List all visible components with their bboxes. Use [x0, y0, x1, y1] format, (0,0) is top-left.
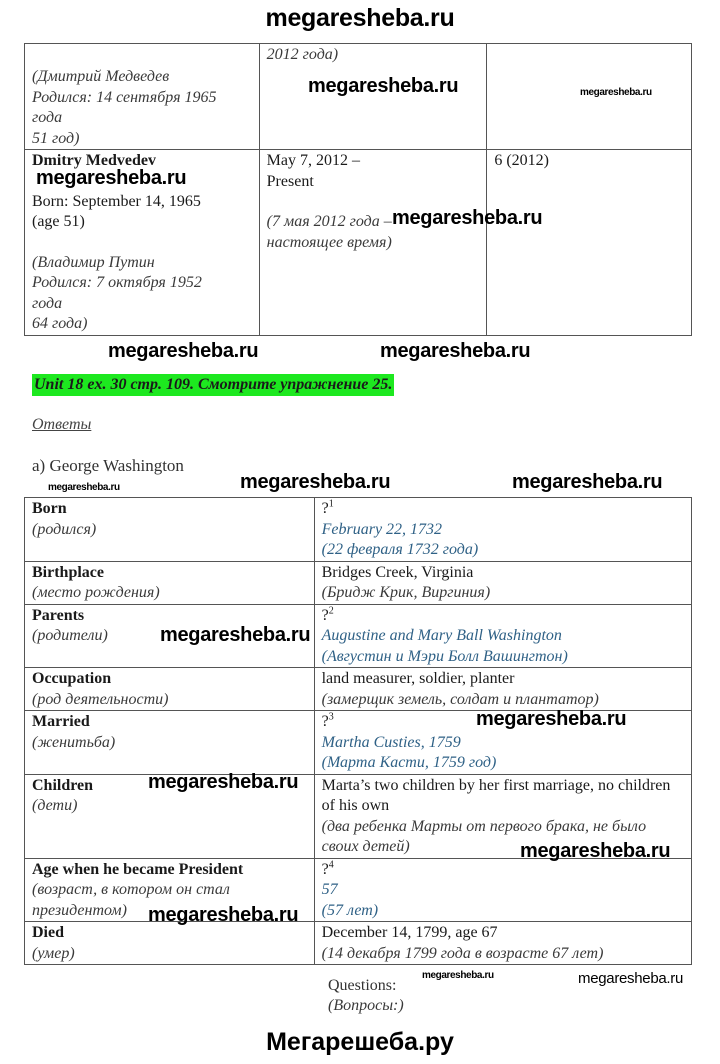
washington-facts-table: Born (родился) ?1 February 22, 1732 (22 … [24, 497, 692, 965]
field-value: land measurer, soldier, planter [322, 669, 684, 690]
field-value-ru: (Марта Касти, 1759 год) [322, 753, 684, 774]
watermark[interactable]: megaresheba.ru [512, 471, 662, 494]
ru-term-tail: 2012 года) [267, 45, 480, 66]
ru-name: (Дмитрий Медведев [32, 67, 252, 88]
watermark[interactable]: megaresheba.ru [160, 624, 310, 647]
table-cell: (Дмитрий Медведев Родился: 14 сентября 1… [25, 44, 260, 150]
watermark[interactable]: megaresheba.ru [520, 840, 670, 863]
watermark[interactable]: megaresheba.ru [148, 904, 298, 927]
table-row: Died (умер) December 14, 1799, age 67 (1… [25, 922, 692, 965]
field-label: Age when he became President [32, 860, 307, 881]
term-start: May 7, 2012 – [267, 151, 480, 172]
question-mark: ? [322, 607, 329, 624]
field-value-ru: (Бридж Крик, Виргиния) [322, 583, 684, 604]
table-row: Age when he became President (возраст, в… [25, 858, 692, 922]
ru-name: (Владимир Путин [32, 253, 252, 274]
field-value-ru: (14 декабря 1799 года в возрасте 67 лет) [322, 944, 684, 965]
field-label: Parents [32, 606, 307, 627]
ru-year-word: года [32, 108, 252, 129]
footnote-number: 4 [329, 859, 334, 870]
field-value-cell: ?4 57 (57 лет) [314, 858, 691, 922]
elections-count: 6 (2012) [494, 151, 684, 172]
footnote-number: 2 [329, 605, 334, 616]
field-value-cell: ?1 February 22, 1732 (22 февраля 1732 го… [314, 498, 691, 562]
footnote-number: 3 [329, 712, 334, 723]
ru-term-end: настоящее время) [267, 233, 480, 254]
exercise-title: Unit 18 ex. 30 стр. 109. Смотрите упражн… [32, 374, 394, 396]
field-value-ru: (Августин и Мэри Болл Вашингтон) [322, 647, 684, 668]
field-label-ru: (место рождения) [32, 583, 307, 604]
term-end: Present [267, 172, 480, 193]
field-label-cell: Birthplace (место рождения) [25, 561, 315, 604]
ru-age: 51 год) [32, 129, 252, 150]
age: (age 51) [32, 212, 252, 233]
field-value-cell: ?2 Augustine and Mary Ball Washington (А… [314, 604, 691, 668]
watermark[interactable]: megaresheba.ru [392, 207, 542, 230]
section-subheading: a) George Washington [32, 456, 184, 476]
field-value: December 14, 1799, age 67 [322, 923, 684, 944]
site-footer-title[interactable]: Мегарешеба.ру [0, 1028, 720, 1057]
field-label-cell: Died (умер) [25, 922, 315, 965]
footnote-number: 1 [329, 499, 334, 510]
field-label: Occupation [32, 669, 307, 690]
site-header-title[interactable]: megaresheba.ru [0, 4, 720, 33]
questions-block: Questions: (Вопросы:) [328, 976, 404, 1016]
watermark[interactable]: megaresheba.ru [240, 471, 390, 494]
field-value-cell: Bridges Creek, Virginia (Бридж Крик, Вир… [314, 561, 691, 604]
field-label-ru: (женитьба) [32, 733, 307, 754]
table-cell: May 7, 2012 – Present (7 мая 2012 года –… [259, 150, 487, 336]
watermark[interactable]: megaresheba.ru [308, 75, 458, 98]
questions-label: Questions: [328, 976, 404, 996]
question-marker: ?1 [322, 499, 684, 520]
watermark[interactable]: megaresheba.ru [108, 340, 258, 363]
field-value-ru: (57 лет) [322, 901, 684, 922]
watermark[interactable]: megaresheba.ru [380, 340, 530, 363]
field-value: February 22, 1732 [322, 520, 684, 541]
ru-born: Родился: 14 сентября 1965 [32, 88, 252, 109]
answers-label: Ответы [32, 416, 91, 434]
question-mark: ? [322, 861, 329, 878]
field-label-ru: (родился) [32, 520, 307, 541]
field-label: Born [32, 499, 307, 520]
ru-born: Родился: 7 октября 1952 [32, 273, 252, 294]
field-value: Marta’s two children by her first marria… [322, 776, 684, 817]
watermark[interactable]: megaresheba.ru [578, 970, 683, 987]
field-label-ru: (род деятельности) [32, 690, 307, 711]
field-value-cell: land measurer, soldier, planter (замерщи… [314, 668, 691, 711]
ru-year-word: года [32, 294, 252, 315]
field-label: Birthplace [32, 563, 307, 584]
field-value: 57 [322, 880, 684, 901]
field-value-ru: (замерщик земель, солдат и плантатор) [322, 690, 684, 711]
table-row: Birthplace (место рождения) Bridges Cree… [25, 561, 692, 604]
question-marker: ?2 [322, 606, 684, 627]
table-row: Occupation (род деятельности) land measu… [25, 668, 692, 711]
field-value: Martha Custies, 1759 [322, 733, 684, 754]
field-label-cell: Born (родился) [25, 498, 315, 562]
field-label-cell: Married (женитьба) [25, 711, 315, 775]
field-value: Bridges Creek, Virginia [322, 563, 684, 584]
table-row: Parents (родители) ?2 Augustine and Mary… [25, 604, 692, 668]
watermark[interactable]: megaresheba.ru [580, 87, 652, 98]
field-label: Married [32, 712, 307, 733]
field-label-ru: (умер) [32, 944, 307, 965]
field-value-ru: (22 февраля 1732 года) [322, 540, 684, 561]
questions-label-ru: (Вопросы:) [328, 996, 404, 1016]
question-mark: ? [322, 500, 329, 517]
table-row: Born (родился) ?1 February 22, 1732 (22 … [25, 498, 692, 562]
ru-age: 64 года) [32, 314, 252, 335]
watermark[interactable]: megaresheba.ru [36, 167, 186, 190]
field-label-ru: (дети) [32, 796, 307, 817]
field-value-cell: December 14, 1799, age 67 (14 декабря 17… [314, 922, 691, 965]
watermark[interactable]: megaresheba.ru [422, 970, 494, 981]
watermark[interactable]: megaresheba.ru [48, 482, 120, 493]
watermark[interactable]: megaresheba.ru [476, 708, 626, 731]
field-value: Augustine and Mary Ball Washington [322, 626, 684, 647]
field-label-cell: Occupation (род деятельности) [25, 668, 315, 711]
born: Born: September 14, 1965 [32, 192, 252, 213]
question-mark: ? [322, 713, 329, 730]
watermark[interactable]: megaresheba.ru [148, 771, 298, 794]
table-cell: 6 (2012) [487, 150, 692, 336]
